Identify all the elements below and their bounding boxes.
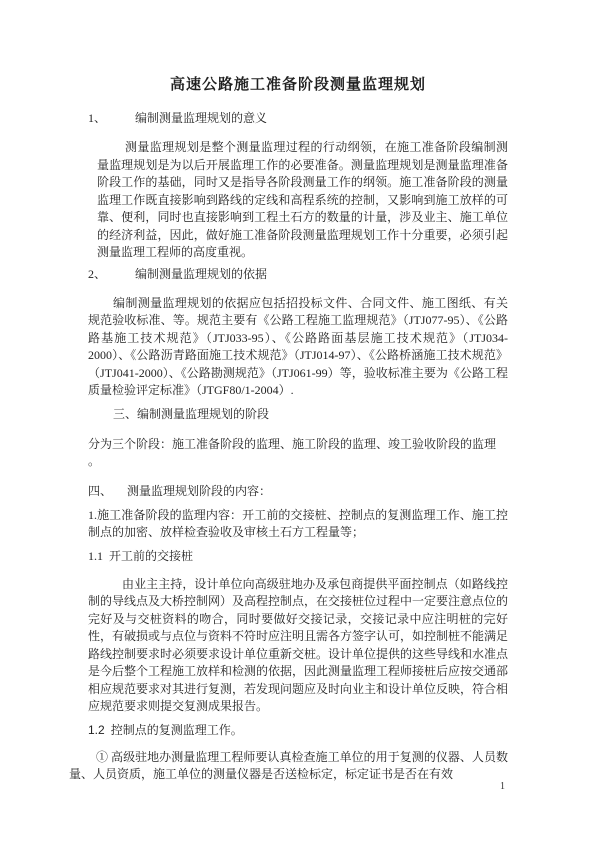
- section-2-heading: 2、编制测量监理规划的依据: [88, 266, 508, 283]
- document-content: 高速公路施工准备阶段测量监理规划 1、编制测量监理规划的意义 测量监理规划是整个…: [0, 0, 595, 784]
- section-1-1-heading-text: 开工前的交接桩: [109, 549, 193, 563]
- section-1-2-heading: 1.2控制点的复测监理工作。: [88, 722, 508, 739]
- section-1-2-heading-text: 控制点的复测监理工作。: [111, 723, 243, 737]
- section-1-heading: 1、编制测量监理规划的意义: [88, 110, 508, 127]
- section-1-2-number: 1.2: [88, 722, 105, 739]
- section-2-number: 2、: [88, 266, 135, 283]
- section-1-1-paragraph: 由业主主持，设计单位向高级驻地办及承包商提供平面控制点（如路线控制的导线点及大桥…: [88, 576, 508, 716]
- section-2-paragraph: 编制测量监理规划的依据应包括招投标文件、合同文件、施工图纸、有关规范验收标准、等…: [88, 295, 508, 400]
- section-1-1-number: 1.1: [88, 548, 103, 565]
- section-4-paragraph: 1.施工准备阶段的监理内容：开工前的交接桩、控制点的复测监理工作、施工控制点的加…: [88, 507, 508, 542]
- section-3-paragraph: 分为三个阶段：施工准备阶段的监理、施工阶段的监理、竣工验收阶段的监理 。: [88, 436, 508, 471]
- section-3-heading-text: 三、编制测量监理规划的阶段: [113, 407, 269, 421]
- section-1-heading-text: 编制测量监理规划的意义: [135, 111, 267, 125]
- section-2-heading-text: 编制测量监理规划的依据: [135, 267, 267, 281]
- section-1-number: 1、: [88, 110, 135, 127]
- page-number: 1: [500, 781, 505, 793]
- section-3-heading: 三、编制测量监理规划的阶段: [113, 406, 508, 423]
- document-title: 高速公路施工准备阶段测量监理规划: [88, 76, 508, 95]
- section-1-1-heading: 1.1开工前的交接桩: [88, 548, 508, 565]
- section-4-number: 四、: [88, 483, 127, 500]
- document-page: 高速公路施工准备阶段测量监理规划 1、编制测量监理规划的意义 测量监理规划是整个…: [0, 0, 595, 842]
- section-1-paragraph: 测量监理规划是整个测量监理过程的行动纲领，在施工准备阶段编制测量监理规划是为以后…: [97, 139, 508, 262]
- section-4-heading: 四、测量监理规划阶段的内容：: [88, 483, 508, 500]
- section-4-heading-text: 测量监理规划阶段的内容：: [127, 484, 271, 498]
- section-1-2-paragraph: ① 高级驻地办测量监理工程师要认真检查施工单位的用于复测的仪器、人员数量、人员资…: [69, 749, 508, 784]
